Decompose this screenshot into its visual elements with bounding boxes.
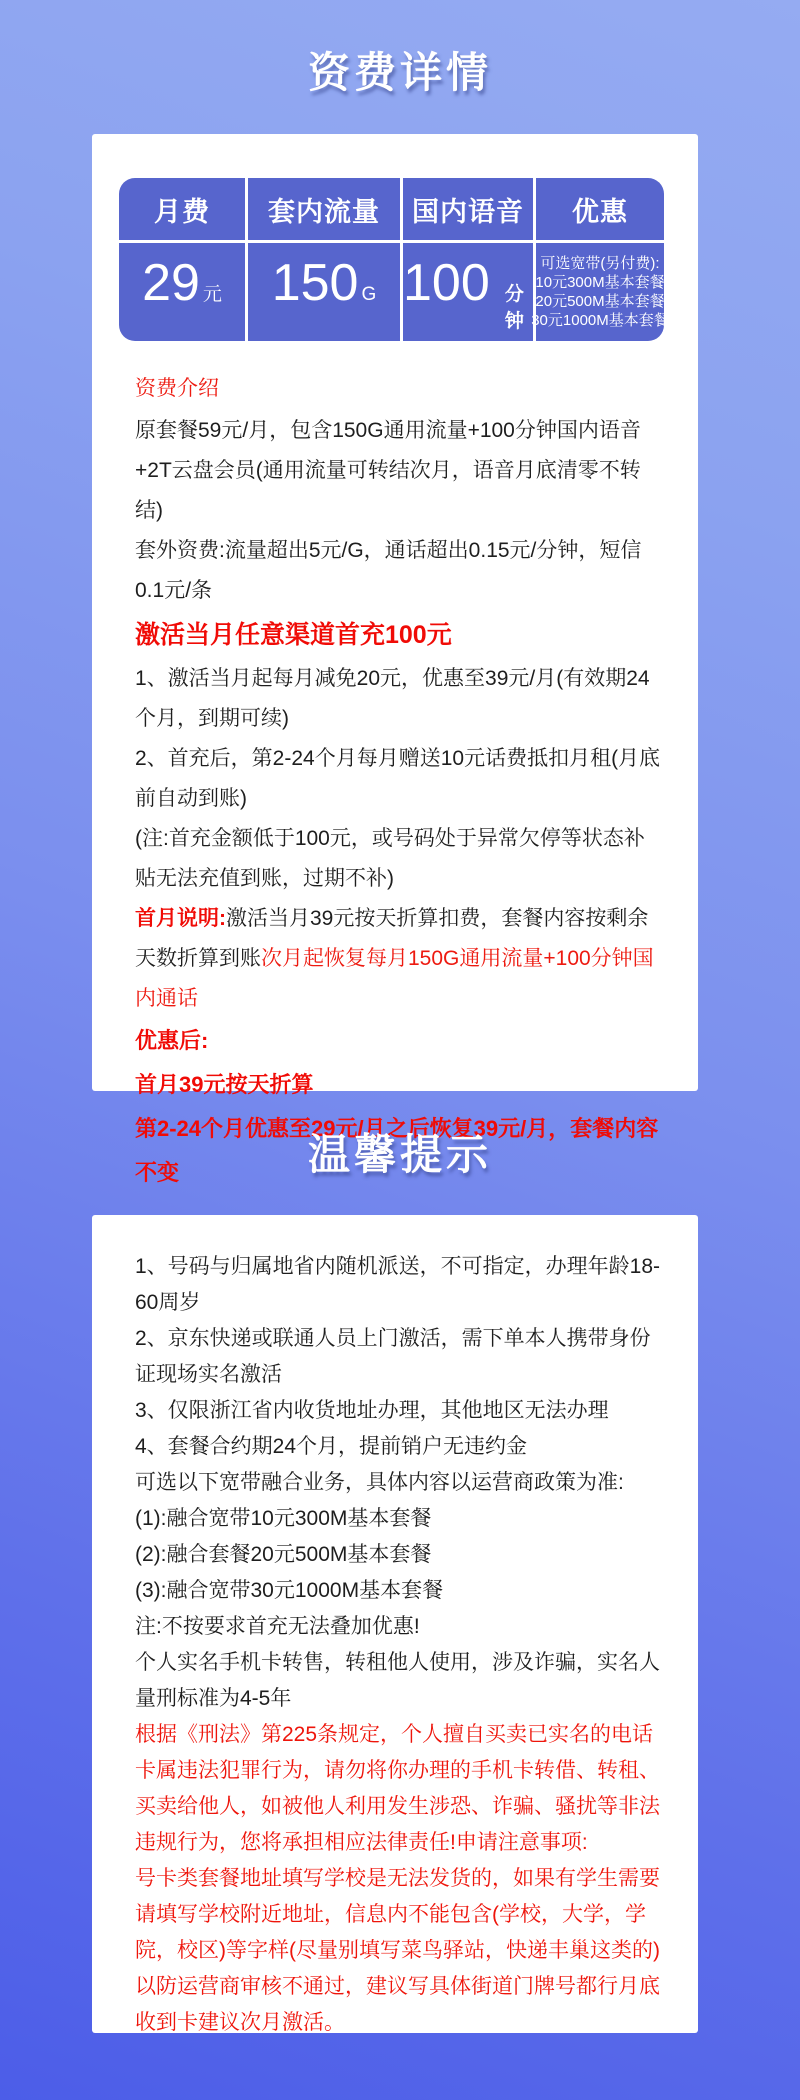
tip-address: 号卡类套餐地址填写学校是无法发货的，如果有学生需要请填写学校附近地址，信息内不能… xyxy=(135,1861,662,2041)
text-segment: 号卡类套餐地址填写学校是无法发货的，如果有学生需要请填写学校附近地址，信息内不能… xyxy=(135,1867,660,2034)
text-segment: 3、仅限浙江省内收货地址办理，其他地区无法办理 xyxy=(135,1399,609,1422)
fee-first-month: 首月说明:激活当月39元按天折算扣费，套餐内容按剩余天数折算到账次月起恢复每月1… xyxy=(135,899,662,1019)
text-segment: (3):融合宽带30元1000M基本套餐 xyxy=(135,1579,443,1602)
section-title-tips: 温馨提示 xyxy=(0,1122,800,1182)
text-segment: 可选以下宽带融合业务，具体内容以运营商政策为准: xyxy=(135,1471,624,1494)
fee-recharge-heading: 激活当月任意渠道首充100元 xyxy=(135,611,662,659)
tip-broadband-2: (2):融合套餐20元500M基本套餐 xyxy=(135,1537,662,1573)
tip-law: 根据《刑法》第225条规定，个人擅自买卖已实名的电话卡属违法犯罪行为，请勿将你办… xyxy=(135,1717,662,1861)
promo-page: 资费详情 月费套内流量国内语音优惠 29元 150G 100分钟 可选宽带(另付… xyxy=(0,0,800,2100)
text-segment: 首月39元按天折算 xyxy=(135,1072,313,1097)
tip-broadband-1: (1):融合宽带10元300M基本套餐 xyxy=(135,1501,662,1537)
tip-4: 4、套餐合约期24个月，提前销户无违约金 xyxy=(135,1429,662,1465)
data-allowance-unit: G xyxy=(361,284,376,306)
fee-rule-1: 1、激活当月起每月减免20元，优惠至39元/月(有效期24个月，到期可续) xyxy=(135,659,662,739)
discount-line: 30元1000M基本套餐 xyxy=(531,311,669,330)
voice-minutes-cell: 100分钟 xyxy=(403,243,533,341)
tip-1: 1、号码与归属地省内随机派送，不可指定，办理年龄18-60周岁 xyxy=(135,1249,662,1321)
text-segment: 4、套餐合约期24个月，提前销户无违约金 xyxy=(135,1435,527,1458)
plan-table: 月费套内流量国内语音优惠 29元 150G 100分钟 可选宽带(另付费):10… xyxy=(119,178,664,341)
fee-after-discount: 优惠后: xyxy=(135,1019,662,1063)
text-segment: (注:首充金额低于100元，或号码处于异常欠停等状态补贴无法充值到账，过期不补) xyxy=(135,827,645,890)
text-segment: 1、号码与归属地省内随机派送，不可指定，办理年龄18-60周岁 xyxy=(135,1255,660,1314)
tips-text: 1、号码与归属地省内随机派送，不可指定，办理年龄18-60周岁2、京东快递或联通… xyxy=(135,1249,662,2041)
tip-note: 注:不按要求首充无法叠加优惠! xyxy=(135,1609,662,1645)
tip-resale: 个人实名手机卡转售，转租他人使用，涉及诈骗，实名人量刑标准为4-5年 xyxy=(135,1645,662,1717)
monthly-fee-cell: 29元 xyxy=(119,243,245,341)
fee-after-line1: 首月39元按天折算 xyxy=(135,1063,662,1107)
text-segment: 注:不按要求首充无法叠加优惠! xyxy=(135,1615,420,1638)
text-segment: 1、激活当月起每月减免20元，优惠至39元/月(有效期24个月，到期可续) xyxy=(135,667,650,730)
text-segment: 优惠后: xyxy=(135,1028,208,1053)
fee-base-package: 原套餐59元/月，包含150G通用流量+100分钟国内语音+2T云盘会员(通用流… xyxy=(135,411,662,531)
text-segment: 2、首充后，第2-24个月每月赠送10元话费抵扣月租(月底前自动到账) xyxy=(135,747,660,810)
data-allowance-cell: 150G xyxy=(248,243,400,341)
text-segment: 根据《刑法》第225条规定，个人擅自买卖已实名的电话卡属违法犯罪行为，请勿将你办… xyxy=(135,1723,660,1854)
fee-intro-label: 资费介绍 xyxy=(135,367,662,411)
plan-table-header-cell: 优惠 xyxy=(536,178,664,240)
tips-card: 1、号码与归属地省内随机派送，不可指定，办理年龄18-60周岁2、京东快递或联通… xyxy=(92,1215,698,2033)
fees-card: 月费套内流量国内语音优惠 29元 150G 100分钟 可选宽带(另付费):10… xyxy=(92,134,698,1091)
section-title-fees: 资费详情 xyxy=(0,40,800,100)
text-segment: (1):融合宽带10元300M基本套餐 xyxy=(135,1507,431,1530)
text-segment: 激活当月任意渠道首充100元 xyxy=(135,621,452,649)
discount-cell: 可选宽带(另付费):10元300M基本套餐20元500M基本套餐30元1000M… xyxy=(536,243,664,341)
discount-line: 10元300M基本套餐 xyxy=(535,273,664,292)
text-segment: 原套餐59元/月，包含150G通用流量+100分钟国内语音+2T云盘会员(通用流… xyxy=(135,419,641,522)
text-segment: 资费介绍 xyxy=(135,377,219,400)
discount-line: 可选宽带(另付费): xyxy=(540,254,659,273)
tip-broadband-3: (3):融合宽带30元1000M基本套餐 xyxy=(135,1573,662,1609)
text-segment: 个人实名手机卡转售，转租他人使用，涉及诈骗，实名人量刑标准为4-5年 xyxy=(135,1651,660,1710)
voice-minutes-value: 100 xyxy=(403,257,490,309)
plan-table-header-cell: 国内语音 xyxy=(403,178,533,240)
plan-table-header-cell: 月费 xyxy=(119,178,245,240)
monthly-fee-value: 29 xyxy=(142,257,200,309)
text-segment: 套外资费:流量超出5元/G，通话超出0.15元/分钟，短信0.1元/条 xyxy=(135,539,641,602)
fee-details-text: 资费介绍原套餐59元/月，包含150G通用流量+100分钟国内语音+2T云盘会员… xyxy=(135,367,662,1195)
text-segment: (2):融合套餐20元500M基本套餐 xyxy=(135,1543,431,1566)
fee-overage: 套外资费:流量超出5元/G，通话超出0.15元/分钟，短信0.1元/条 xyxy=(135,531,662,611)
voice-minutes-unit: 分钟 xyxy=(496,279,533,333)
discount-line: 20元500M基本套餐 xyxy=(535,292,664,311)
tip-broadband-intro: 可选以下宽带融合业务，具体内容以运营商政策为准: xyxy=(135,1465,662,1501)
fee-rule-2: 2、首充后，第2-24个月每月赠送10元话费抵扣月租(月底前自动到账) xyxy=(135,739,662,819)
monthly-fee-unit: 元 xyxy=(203,279,222,306)
plan-table-header-cell: 套内流量 xyxy=(248,178,400,240)
fee-rule-note: (注:首充金额低于100元，或号码处于异常欠停等状态补贴无法充值到账，过期不补) xyxy=(135,819,662,899)
text-segment: 2、京东快递或联通人员上门激活，需下单本人携带身份证现场实名激活 xyxy=(135,1327,651,1386)
tip-3: 3、仅限浙江省内收货地址办理，其他地区无法办理 xyxy=(135,1393,662,1429)
data-allowance-value: 150 xyxy=(272,257,359,309)
text-segment: 首月说明: xyxy=(135,907,226,930)
tip-2: 2、京东快递或联通人员上门激活，需下单本人携带身份证现场实名激活 xyxy=(135,1321,662,1393)
